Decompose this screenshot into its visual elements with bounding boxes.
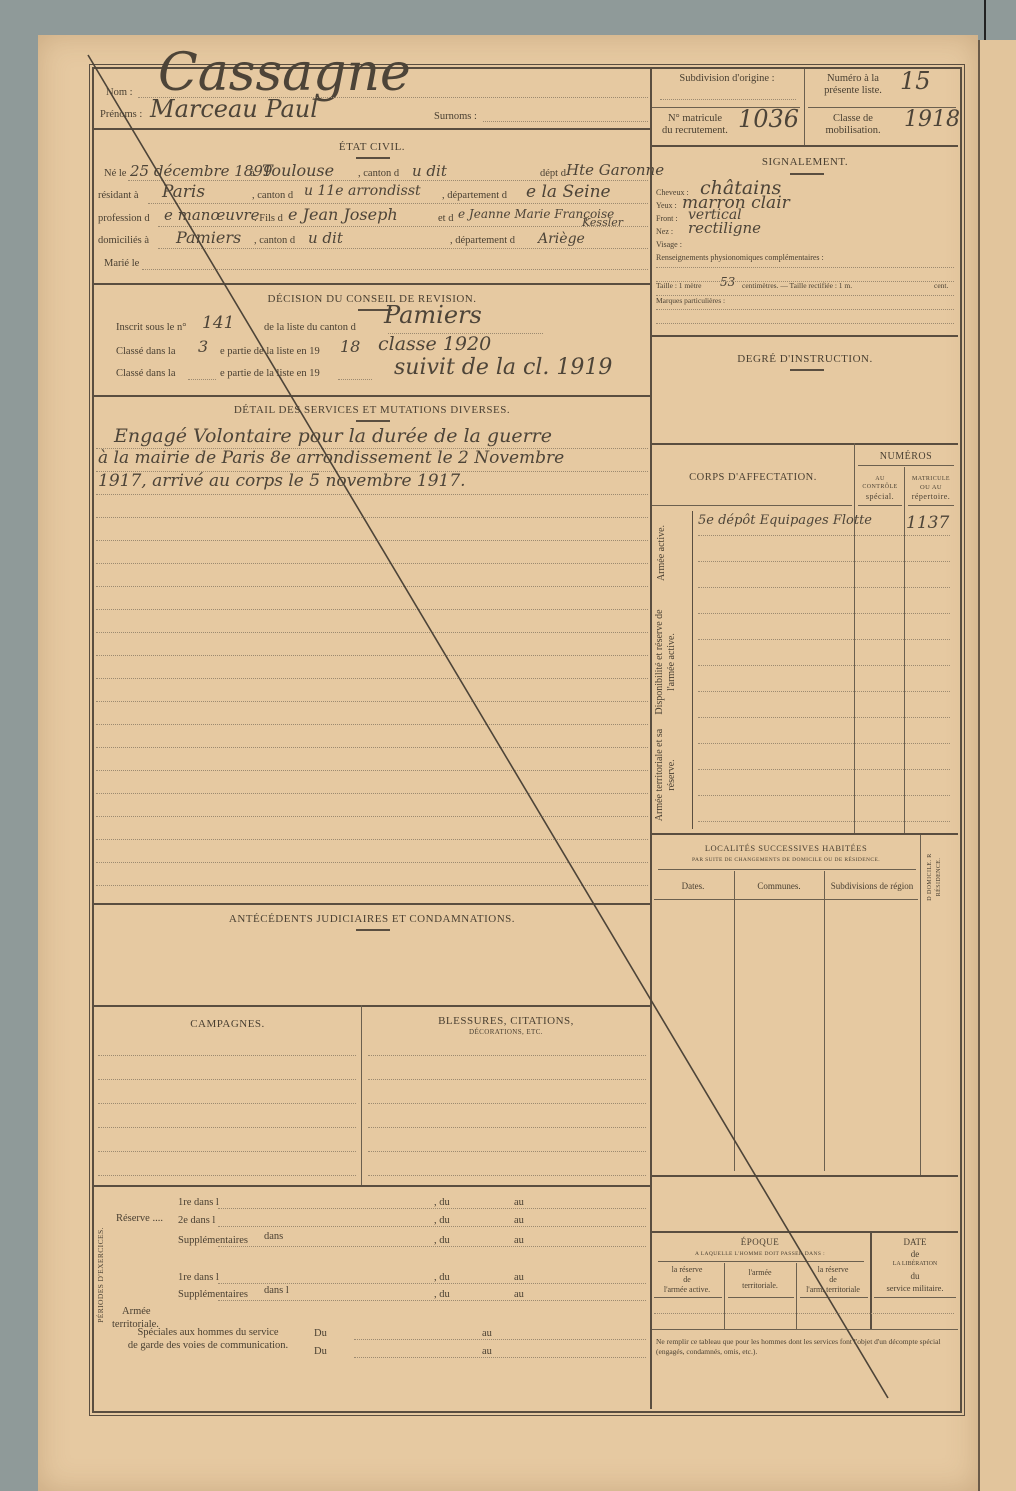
diagonal-cancel-stroke (38, 35, 978, 1491)
adjacent-page-edge (978, 40, 1016, 1491)
register-page: Nom : Cassagne Prénoms : Marceau Paul Su… (38, 35, 978, 1491)
